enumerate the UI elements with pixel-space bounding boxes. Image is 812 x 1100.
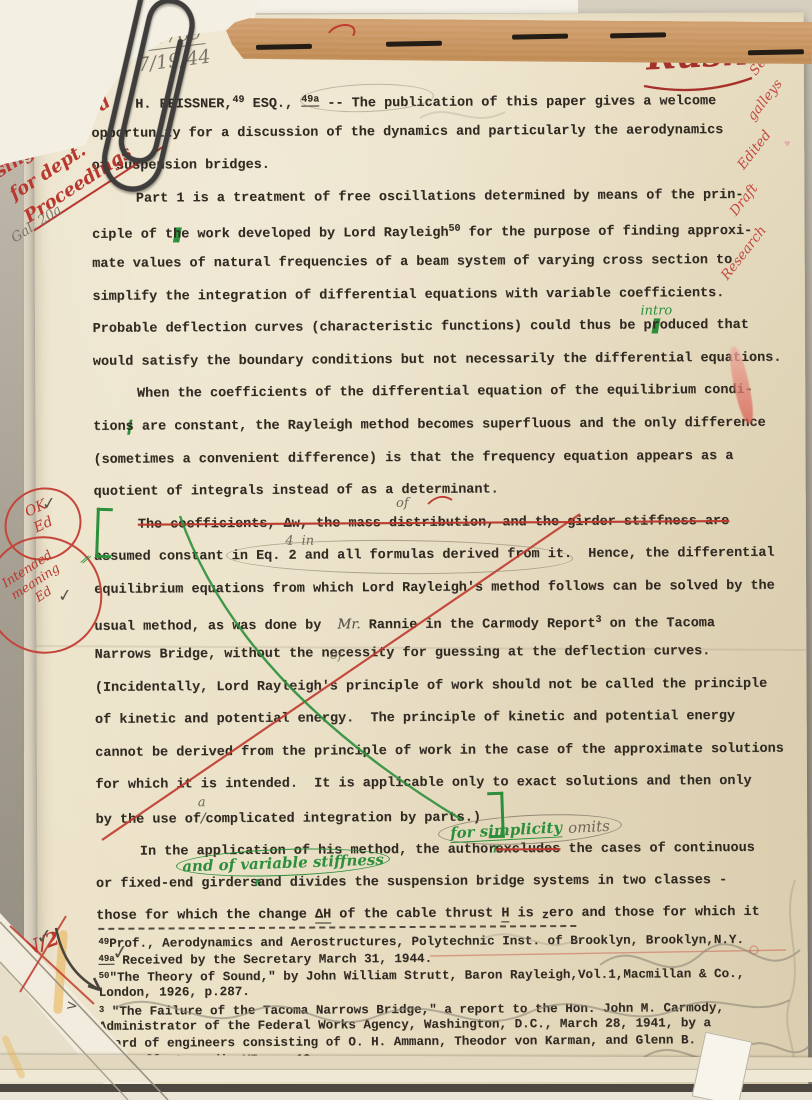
pencil-checkmark: ✓ — [57, 585, 74, 607]
inline-edit-above: a — [198, 795, 206, 810]
typed-line: usual method, as was done by Mr. Rannie … — [94, 603, 810, 640]
tape-slit — [386, 41, 442, 47]
pencil-checkmark: ✓ — [41, 493, 58, 515]
typed-line: quotient of integrals instead of as a de… — [94, 473, 810, 510]
typed-line: of kinetic and potential energy. The pri… — [95, 701, 811, 738]
pencil-of-below: of — [330, 648, 343, 663]
scanned-manuscript-page: H. REISSNER,49 ESQ., 49a -- The publicat… — [0, 0, 812, 1100]
pink-mark: ♥ — [784, 138, 791, 150]
typed-line: equilibrium equations from which Lord Ra… — [94, 570, 810, 607]
typed-line: Probable deflection curves (characterist… — [93, 310, 809, 347]
typed-line: Part 1 is a treatment of free oscillatio… — [92, 179, 808, 216]
pencil-checkmark: ✓ — [110, 939, 130, 965]
typed-line: mate values of natural frequencies of a … — [92, 245, 808, 282]
stacked-sheet-edge — [0, 1070, 812, 1082]
tape-slit — [748, 49, 804, 55]
masking-tape — [226, 18, 812, 64]
tape-slit — [512, 34, 568, 40]
pencil-of-above: of — [396, 496, 409, 511]
pencil-arrow-mark: > — [65, 997, 79, 1014]
body-text: H. REISSNER,49 ESQ., 49a -- The publicat… — [91, 82, 812, 934]
pencil-edit-text: omits — [568, 816, 611, 836]
green-close-bracket — [487, 792, 505, 839]
inline-edit-above: intro — [640, 304, 672, 319]
red-curl-mark — [324, 20, 359, 48]
green-edit-text: for simplicity — [450, 818, 563, 843]
tape-slit — [610, 32, 666, 38]
typed-line: simplify the integration of differential… — [92, 277, 808, 314]
typed-line: would satisfy the boundary conditions bu… — [93, 342, 809, 379]
typed-line: cannot be derived from the principle of … — [95, 733, 811, 770]
green-open-bracket — [95, 508, 113, 559]
typed-line: of suspension bridges. — [92, 147, 808, 184]
typed-line: ciple of the work developed by Lord Rayl… — [92, 212, 808, 249]
typed-line: opportunity for a discussion of the dyna… — [91, 114, 807, 151]
stacked-sheet-edge — [0, 1092, 812, 1100]
pencil-checkmark: ✓ — [34, 923, 54, 949]
tape-slit — [256, 44, 312, 50]
typed-line: (sometimes a convenient difference) is t… — [93, 440, 809, 477]
typed-line: When the coefficients of the differentia… — [93, 375, 809, 412]
typed-line: H. REISSNER,49 ESQ., 49a -- The publicat… — [91, 82, 807, 119]
footnotes: 49Prof., Aerodynamics and Aerostructures… — [98, 930, 799, 1070]
typed-line: Narrows Bridge, without the necessity fo… — [95, 636, 811, 673]
typed-line: tions are constant, the Rayleigh method … — [93, 407, 809, 444]
typed-line: The coefficients, Δw, the mass distribut… — [94, 505, 810, 542]
typed-line: (Incidentally, Lord Rayleigh's principle… — [95, 668, 811, 705]
